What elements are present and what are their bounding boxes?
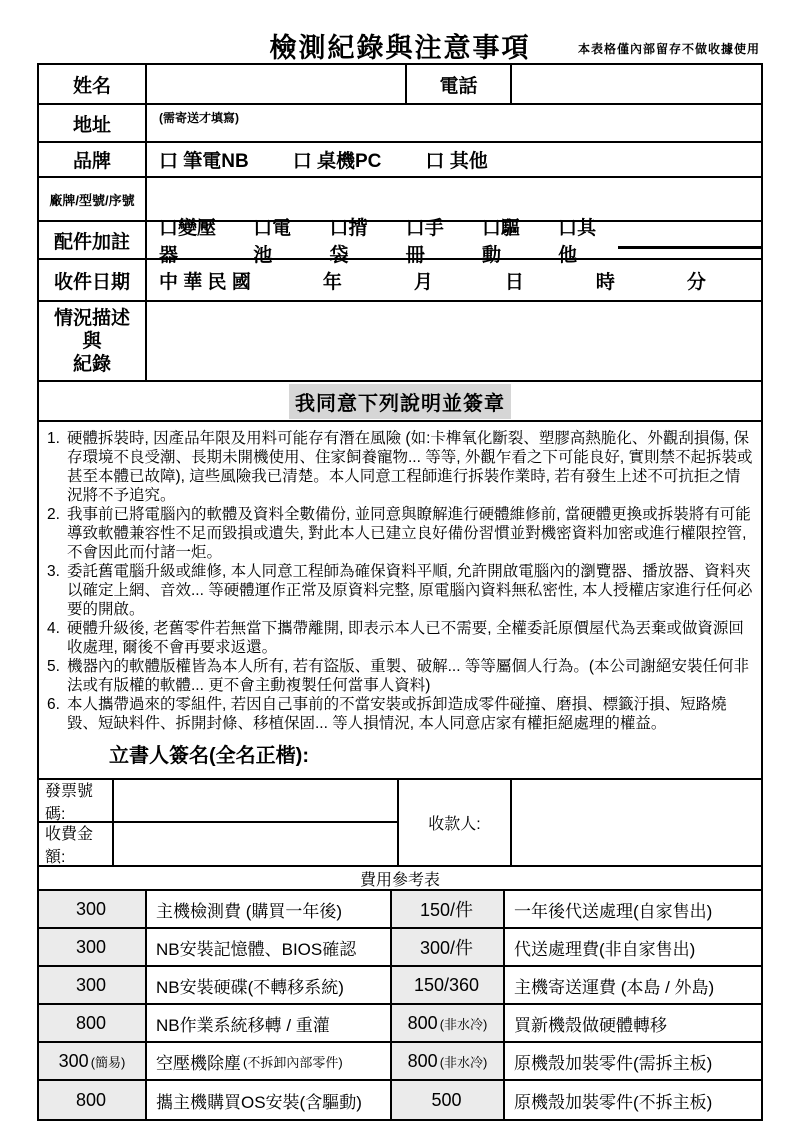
form-sheet: 姓名 電話 地址 (需寄送才填寫) 品牌 口 筆電NB 口 桌機PC 口 其他 …: [37, 63, 763, 1121]
checkbox-brand-laptop[interactable]: 口 筆電NB: [159, 146, 249, 173]
row-receive-date: 收件日期 中 華 民 國 年 月 日 時 分: [39, 260, 761, 302]
brand-label: 品牌: [39, 143, 147, 176]
fee-desc-cell: 一年後代送處理(自家售出): [505, 891, 761, 927]
fee-price-cell: 300: [39, 929, 147, 965]
internal-use-note: 本表格僅內部留存不做收據使用: [578, 40, 760, 57]
form-header: 檢測紀錄與注意事項 本表格僅內部留存不做收據使用: [0, 0, 800, 63]
payee-label: 收款人:: [399, 780, 512, 865]
term-item-5: 5. 機器內的軟體版權皆為本人所有, 若有盜版、重製、破解... 等等屬個人行為…: [47, 657, 753, 695]
fee-row-2: 300 NB安裝記憶體、BIOS確認 300/件 代送處理費(非自家售出): [39, 929, 761, 967]
condition-label: 情況描述 與 紀錄: [39, 302, 147, 380]
row-brand: 品牌 口 筆電NB 口 桌機PC 口 其他: [39, 143, 761, 178]
signature-label: 立書人簽名(全名正楷):: [109, 745, 309, 767]
phone-input[interactable]: [512, 65, 761, 103]
fee-row-6: 800 攜主機購買OS安裝(含驅動) 500 原機殼加裝零件(不拆主板): [39, 1081, 761, 1119]
term-item-6: 6. 本人攜帶過來的零組件, 若因自己事前的不當安裝或拆卸造成零件碰撞、磨損、標…: [47, 695, 753, 733]
condition-input[interactable]: [147, 302, 761, 380]
model-label: 廠牌/型號/序號: [39, 178, 147, 220]
date-unit-year: 年: [323, 267, 342, 294]
row-address: 地址 (需寄送才填寫): [39, 105, 761, 143]
fee-price-cell: 150/件: [392, 891, 505, 927]
term-item-1: 1. 硬體拆裝時, 因產品年限及用料可能存有潛在風險 (如:卡榫氧化斷裂、塑膠高…: [47, 429, 753, 505]
checkbox-accessory-bag[interactable]: 口揹袋: [330, 213, 384, 267]
row-condition: 情況描述 與 紀錄: [39, 302, 761, 382]
fee-price-cell: 800: [39, 1005, 147, 1041]
checkbox-accessory-battery[interactable]: 口電池: [253, 213, 307, 267]
address-note: (需寄送才填寫): [159, 105, 239, 126]
address-label: 地址: [39, 105, 147, 141]
term-item-4: 4. 硬體升級後, 老舊零件若無當下攜帶離開, 即表示本人已不需要, 全權委託原…: [47, 619, 753, 657]
fee-price-cell: 500: [392, 1081, 505, 1119]
fee-desc-cell: 買新機殼做硬體轉移: [505, 1005, 761, 1041]
fee-price-cell: 300(簡易): [39, 1043, 147, 1079]
name-input[interactable]: [147, 65, 407, 103]
row-model: 廠牌/型號/序號: [39, 178, 761, 222]
signature-area[interactable]: 立書人簽名(全名正楷):: [109, 739, 753, 768]
date-unit-month: 月: [414, 267, 433, 294]
fee-desc-cell: 原機殼加裝零件(不拆主板): [505, 1081, 761, 1119]
receive-date-label: 收件日期: [39, 260, 147, 300]
checkbox-accessory-manual[interactable]: 口手冊: [406, 213, 460, 267]
fee-desc-cell: NB作業系統移轉 / 重灌: [147, 1005, 392, 1041]
fee-row-4: 800 NB作業系統移轉 / 重灌 800(非水冷) 買新機殼做硬體轉移: [39, 1005, 761, 1043]
accessory-options: 口變壓器 口電池 口揹袋 口手冊 口驅動 口其他: [147, 222, 761, 258]
agreement-terms: 1. 硬體拆裝時, 因產品年限及用料可能存有潛在風險 (如:卡榫氧化斷裂、塑膠高…: [39, 422, 761, 780]
fee-row-1: 300 主機檢測費 (購買一年後) 150/件 一年後代送處理(自家售出): [39, 891, 761, 929]
fee-desc-cell: 主機檢測費 (購買一年後): [147, 891, 392, 927]
address-input[interactable]: (需寄送才填寫): [147, 105, 761, 141]
fee-desc-cell: 攜主機購買OS安裝(含驅動): [147, 1081, 392, 1119]
amount-input[interactable]: [114, 823, 399, 865]
checkbox-accessory-adapter[interactable]: 口變壓器: [159, 213, 231, 267]
fee-price-cell: 300: [39, 967, 147, 1003]
row-accessories: 配件加註 口變壓器 口電池 口揹袋 口手冊 口驅動 口其他: [39, 222, 761, 260]
checkbox-brand-other[interactable]: 口 其他: [425, 146, 487, 173]
name-label: 姓名: [39, 65, 147, 103]
fee-table-title: 費用參考表: [39, 867, 761, 891]
date-era-label: 中 華 民 國: [159, 267, 251, 294]
brand-options: 口 筆電NB 口 桌機PC 口 其他: [147, 143, 761, 176]
fee-desc-cell: 代送處理費(非自家售出): [505, 929, 761, 965]
date-unit-day: 日: [505, 267, 524, 294]
fee-row-5: 300(簡易) 空壓機除塵(不拆卸內部零件) 800(非水冷) 原機殼加裝零件(…: [39, 1043, 761, 1081]
agreement-header: 我同意下列說明並簽章: [39, 382, 761, 422]
fee-desc-cell: NB安裝記憶體、BIOS確認: [147, 929, 392, 965]
fee-price-cell: 800(非水冷): [392, 1043, 505, 1079]
accessory-other-blank-line[interactable]: [618, 231, 761, 249]
date-unit-minute: 分: [687, 267, 706, 294]
date-unit-hour: 時: [596, 267, 615, 294]
payment-section: 發票號碼: 收款人: 收費金額:: [39, 780, 761, 867]
fee-price-cell: 150/360: [392, 967, 505, 1003]
checkbox-brand-desktop[interactable]: 口 桌機PC: [293, 146, 382, 173]
agreement-header-text: 我同意下列說明並簽章: [289, 384, 511, 419]
fee-price-cell: 300: [39, 891, 147, 927]
row-name-phone: 姓名 電話: [39, 65, 761, 105]
fee-price-cell: 800(非水冷): [392, 1005, 505, 1041]
fee-row-3: 300 NB安裝硬碟(不轉移系統) 150/360 主機寄送運費 (本島 / 外…: [39, 967, 761, 1005]
fee-desc-cell: 原機殼加裝零件(需拆主板): [505, 1043, 761, 1079]
receive-date-input[interactable]: 中 華 民 國 年 月 日 時 分: [147, 260, 761, 300]
payee-input[interactable]: [512, 780, 761, 865]
phone-label: 電話: [407, 65, 512, 103]
fee-desc-cell: 主機寄送運費 (本島 / 外島): [505, 967, 761, 1003]
term-item-3: 3. 委託舊電腦升級或維修, 本人同意工程師為確保資料平順, 允許開啟電腦內的瀏…: [47, 562, 753, 619]
checkbox-accessory-other[interactable]: 口其他: [558, 213, 612, 267]
checkbox-accessory-driver[interactable]: 口驅動: [482, 213, 536, 267]
fee-desc-cell: 空壓機除塵(不拆卸內部零件): [147, 1043, 392, 1079]
fee-desc-cell: NB安裝硬碟(不轉移系統): [147, 967, 392, 1003]
invoice-number-label: 發票號碼:: [39, 780, 114, 823]
amount-label: 收費金額:: [39, 823, 114, 865]
accessories-label: 配件加註: [39, 222, 147, 258]
invoice-number-input[interactable]: [114, 780, 399, 823]
fee-price-cell: 800: [39, 1081, 147, 1119]
term-item-2: 2. 我事前已將電腦內的軟體及資料全數備份, 並同意與瞭解進行硬體維修前, 當硬…: [47, 505, 753, 562]
fee-price-cell: 300/件: [392, 929, 505, 965]
